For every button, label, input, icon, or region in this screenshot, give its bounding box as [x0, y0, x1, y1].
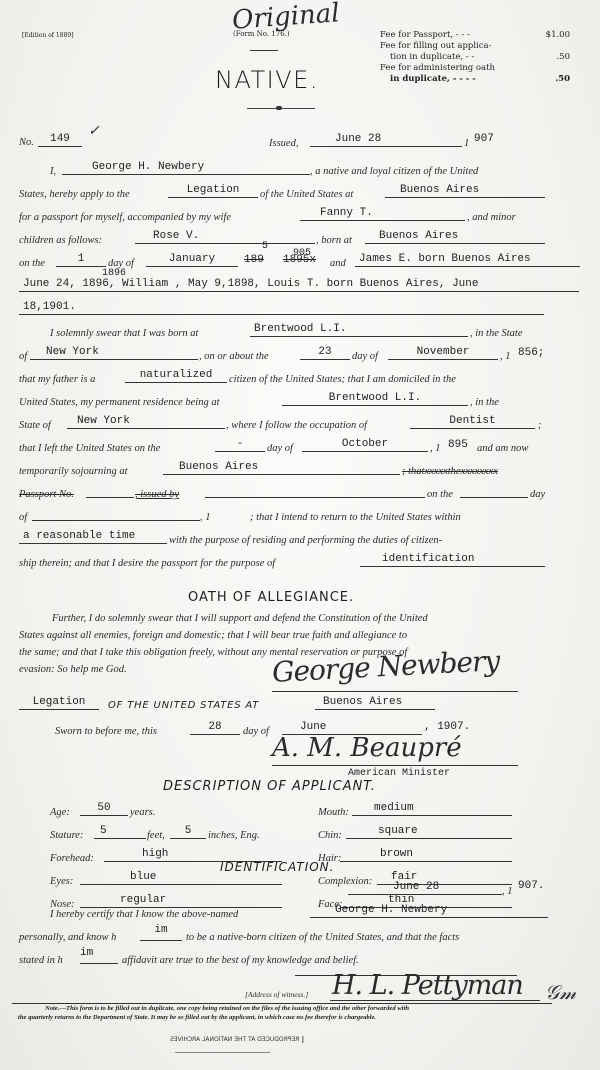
description-heading: DESCRIPTION OF APPLICANT.	[163, 779, 376, 794]
issued-year: 907	[474, 133, 494, 145]
year-correction: 905	[293, 248, 311, 259]
oath-text: States against all enemies, foreign and …	[19, 630, 407, 641]
chin-field: square	[346, 826, 512, 839]
father-status-field: naturalized	[125, 370, 227, 383]
footer-divider	[12, 1003, 552, 1004]
text: , and minor	[467, 212, 516, 223]
oath-text: evasion: So help me God.	[19, 664, 127, 675]
text: , on or about the	[199, 351, 269, 362]
footer-note: the quarterly returns to the Department …	[18, 1014, 376, 1021]
text: that my father is a	[19, 374, 95, 385]
sworn-year: , 1907.	[424, 721, 470, 733]
issued-year-prefix: 1	[464, 138, 469, 149]
fee-schedule: Fee for Passport, - - -$1.00 Fee for fil…	[380, 30, 570, 85]
sojourn-field: Buenos Aires	[163, 462, 400, 475]
text: and am now	[477, 443, 528, 454]
footer-note: Note.—This form is to be filled out in d…	[45, 1005, 409, 1012]
child1-month-field: January	[146, 254, 238, 267]
form-number: (Form No. 176.)	[233, 30, 290, 38]
text: , 1	[500, 351, 511, 362]
birth-state-field: New York	[30, 347, 198, 360]
children-continued-field: June 24, 1896, William , May 9,1898, Lou…	[19, 279, 579, 292]
text: years.	[130, 807, 155, 818]
struck-text: Passport No.	[19, 489, 74, 500]
age-label: Age:	[50, 807, 70, 818]
edition-note: [Edition of 1889]	[22, 32, 74, 39]
fee-row: in duplicate, - - - -.50	[380, 74, 570, 85]
identified-name-field: George H. Newbery	[310, 905, 548, 918]
birth-day-field: 23	[300, 347, 350, 360]
oath-heading: OATH OF ALLEGIANCE.	[188, 590, 354, 605]
text: day of	[267, 443, 293, 454]
year-correction: 5	[262, 241, 268, 252]
text: , a native and loyal citizen of the Unit…	[310, 166, 478, 177]
text: temporarily sojourning at	[19, 466, 128, 477]
official-title: American Minister	[348, 768, 450, 779]
initials-mark: 𝒢𝓂	[545, 980, 576, 1004]
fee-row: Fee for Passport, - - -$1.00	[380, 30, 570, 41]
text: Sworn to before me, this	[55, 726, 157, 737]
divider-ornament	[276, 106, 282, 110]
stamp-line	[175, 1052, 270, 1053]
text: that I left the United States on the	[19, 443, 160, 454]
text: , 1	[430, 443, 441, 454]
text: with the purpose of residing and perform…	[169, 535, 442, 546]
issued-date-field: June 28	[310, 134, 462, 147]
office-city-field: Buenos Aires	[385, 185, 545, 198]
age-field: 50	[80, 803, 128, 816]
text: and	[330, 258, 346, 269]
archives-stamp: REPRODUCED AT THE NATIONAL ARCHIVES	[170, 1036, 303, 1043]
pronoun-field: im	[140, 928, 182, 941]
passport-month-field	[32, 508, 200, 521]
text: I,	[50, 166, 56, 177]
text: citizen of the United States; that I am …	[229, 374, 456, 385]
text: I solemnly swear that I was born at	[50, 328, 198, 339]
occupation-field: Dentist	[410, 416, 535, 429]
text: of	[19, 512, 27, 523]
text: OF THE UNITED STATES AT	[108, 700, 259, 711]
sworn-day-field: 28	[190, 722, 240, 735]
stature-inches-field: 5	[170, 826, 206, 839]
checkmark-icon: ✓	[88, 123, 100, 139]
text: day of	[352, 351, 378, 362]
text: children as follows:	[19, 235, 102, 246]
return-time-field: a reasonable time	[19, 531, 167, 544]
fee-row: Fee for administering oath	[380, 63, 570, 74]
divider	[250, 50, 278, 51]
child1-year: 189	[244, 254, 264, 266]
text: of the United States at	[260, 189, 353, 200]
text: ; that I intend to return to the United …	[250, 512, 461, 523]
stature-feet-field: 5	[94, 826, 146, 839]
child1-field: Rose V.	[135, 231, 315, 244]
struck-text: , issued by	[135, 489, 179, 500]
signature-line	[330, 1000, 540, 1001]
eyes-label: Eyes:	[50, 876, 73, 887]
text: on the	[427, 489, 453, 500]
text: State of	[19, 420, 51, 431]
nose-field: regular	[80, 895, 282, 908]
passport-application-page: [Edition of 1889] Original (Form No. 176…	[0, 0, 600, 1070]
signature-line	[272, 691, 518, 692]
purpose-field: identification	[360, 554, 545, 567]
text: , where I follow the occupation of	[226, 420, 367, 431]
struck-text: ; thatxxxxxthexxxxxxxx	[402, 466, 498, 477]
left-year: 895	[448, 439, 468, 451]
left-month-field: October	[302, 439, 428, 452]
text: for a passport for myself, accompanied b…	[19, 212, 231, 223]
identification-heading: IDENTIFICATION.	[220, 860, 334, 874]
signature-line	[272, 765, 518, 766]
child2-field: James E. born Buenos Aires	[355, 254, 580, 267]
stature-label: Stature:	[50, 830, 83, 841]
fee-row: tion in duplicate, - -.50	[380, 52, 570, 63]
document-title: NATIVE.	[215, 66, 319, 94]
office-field: Legation	[168, 185, 258, 198]
text: , 1	[200, 512, 211, 523]
application-number-field: 149	[38, 134, 82, 147]
identification-date-field: June 28	[348, 882, 502, 895]
text: , 1	[502, 886, 513, 897]
issued-label: Issued,	[269, 138, 298, 149]
text: of	[19, 351, 27, 362]
passport-day-field	[460, 485, 528, 498]
text: I hereby certify that I know the above-n…	[50, 909, 238, 920]
official-signature: A. M. Beaupré	[272, 733, 462, 763]
text: personally, and know h	[19, 932, 116, 943]
birth-month-field: November	[388, 347, 498, 360]
witness-signature: H. L. Pettyman	[332, 970, 523, 1001]
text: , born at	[316, 235, 352, 246]
forehead-label: Forehead:	[50, 853, 94, 864]
text: feet,	[147, 830, 165, 841]
birth-year: 856;	[518, 347, 544, 359]
text: day of	[243, 726, 269, 737]
pronoun-field: im	[80, 951, 118, 964]
oath-city-field: Buenos Aires	[315, 697, 435, 710]
mouth-label: Mouth:	[318, 807, 349, 818]
children-continued-field: 18,1901.	[19, 302, 544, 315]
text: States, hereby apply to the	[19, 189, 130, 200]
text: on the	[19, 258, 45, 269]
applicant-name-field: George H. Newbery	[62, 162, 310, 175]
issued-by-field	[205, 485, 425, 498]
number-label: No.	[19, 137, 34, 148]
child1-birthplace-field: Buenos Aires	[365, 231, 545, 244]
wife-field: Fanny T.	[300, 208, 465, 221]
oath-text: Further, I do solemnly swear that I will…	[52, 613, 428, 624]
passport-number-field	[86, 485, 134, 498]
text: , in the	[470, 397, 499, 408]
mouth-field: medium	[352, 803, 512, 816]
identification-year: 907.	[518, 880, 544, 892]
residence-state-field: New York	[67, 416, 225, 429]
text: inches, Eng.	[208, 830, 260, 841]
chin-label: Chin:	[318, 830, 342, 841]
text: stated in h	[19, 955, 63, 966]
left-day-field: -	[215, 439, 265, 452]
text: United States, my permanent residence be…	[19, 397, 220, 408]
birthplace-field: Brentwood L.I.	[250, 324, 468, 337]
text: day	[530, 489, 545, 500]
hair-field: brown	[340, 849, 512, 862]
residence-field: Brentwood L.I.	[282, 393, 468, 406]
text: affidavit are true to the best of my kno…	[122, 955, 359, 966]
child1-day-field: 1	[56, 254, 106, 267]
oath-office-field: Legation	[19, 697, 99, 710]
text: , in the State	[470, 328, 523, 339]
address-of-witness-label: [Address of witness.]	[245, 990, 308, 999]
fee-row: Fee for filling out applica-	[380, 41, 570, 52]
text: to be a native-born citizen of the Unite…	[186, 932, 459, 943]
text: ;	[538, 420, 542, 431]
text: ship therein; and that I desire the pass…	[19, 558, 275, 569]
